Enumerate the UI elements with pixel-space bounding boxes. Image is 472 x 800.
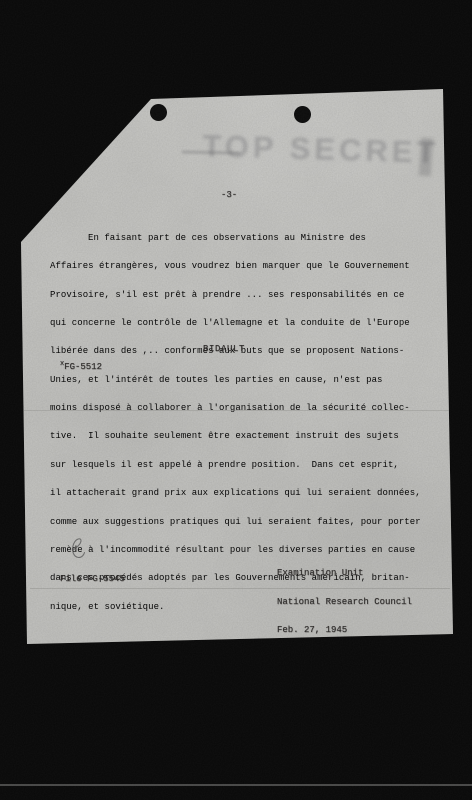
paper-crease — [30, 588, 450, 589]
paragraph-line: Provisoire, s'il est prêt à prendre ... … — [50, 291, 445, 300]
scan-background: TOP SECRET -3- En faisant part de ces ob… — [0, 0, 472, 800]
paragraph-line: sur lesquels il est appelé à prendre pos… — [50, 461, 445, 470]
footer-unit: Examination Unit — [277, 569, 412, 579]
examination-unit-block: Examination Unit National Research Counc… — [277, 550, 412, 655]
top-secret-stamp: TOP SECRET — [202, 128, 453, 171]
reference-code: FG-5512 — [64, 362, 102, 372]
paragraph-line: Unies, et l'intérêt de toutes les partie… — [50, 376, 445, 385]
paragraph-line: il attacherait grand prix aux explicatio… — [50, 489, 445, 498]
footer-org: National Research Council — [277, 598, 412, 608]
handwritten-c-mark — [68, 536, 90, 564]
paragraph-line: qui concerne le contrôle de l'Allemagne … — [50, 319, 445, 328]
paragraph-line: En faisant part de ces observations au M… — [50, 234, 445, 243]
punch-hole — [294, 106, 311, 123]
paragraph-line: Affaires étrangères, vous voudrez bien m… — [50, 262, 445, 271]
file-number: File FG-5545 — [60, 574, 125, 584]
document-page: TOP SECRET -3- En faisant part de ces ob… — [0, 0, 472, 800]
paragraph-line: tive. Il souhaite seulement être exactem… — [50, 432, 445, 441]
paragraph-line: comme aux suggestions pratiques qui lui … — [50, 518, 445, 527]
paragraph-line: moins disposé à collaborer à l'organisat… — [50, 404, 445, 413]
signature-bidault: BIDAULT — [203, 344, 245, 354]
punch-hole — [150, 104, 167, 121]
footer-date: Feb. 27, 1945 — [277, 626, 412, 636]
reference-number: xFG-5512 — [60, 360, 102, 372]
paragraph-line: libérée dans des ,.. conformes aux buts … — [50, 347, 445, 356]
scanner-artifact-line — [0, 784, 472, 786]
page-number: -3- — [221, 190, 237, 200]
paper-crease — [24, 410, 451, 411]
